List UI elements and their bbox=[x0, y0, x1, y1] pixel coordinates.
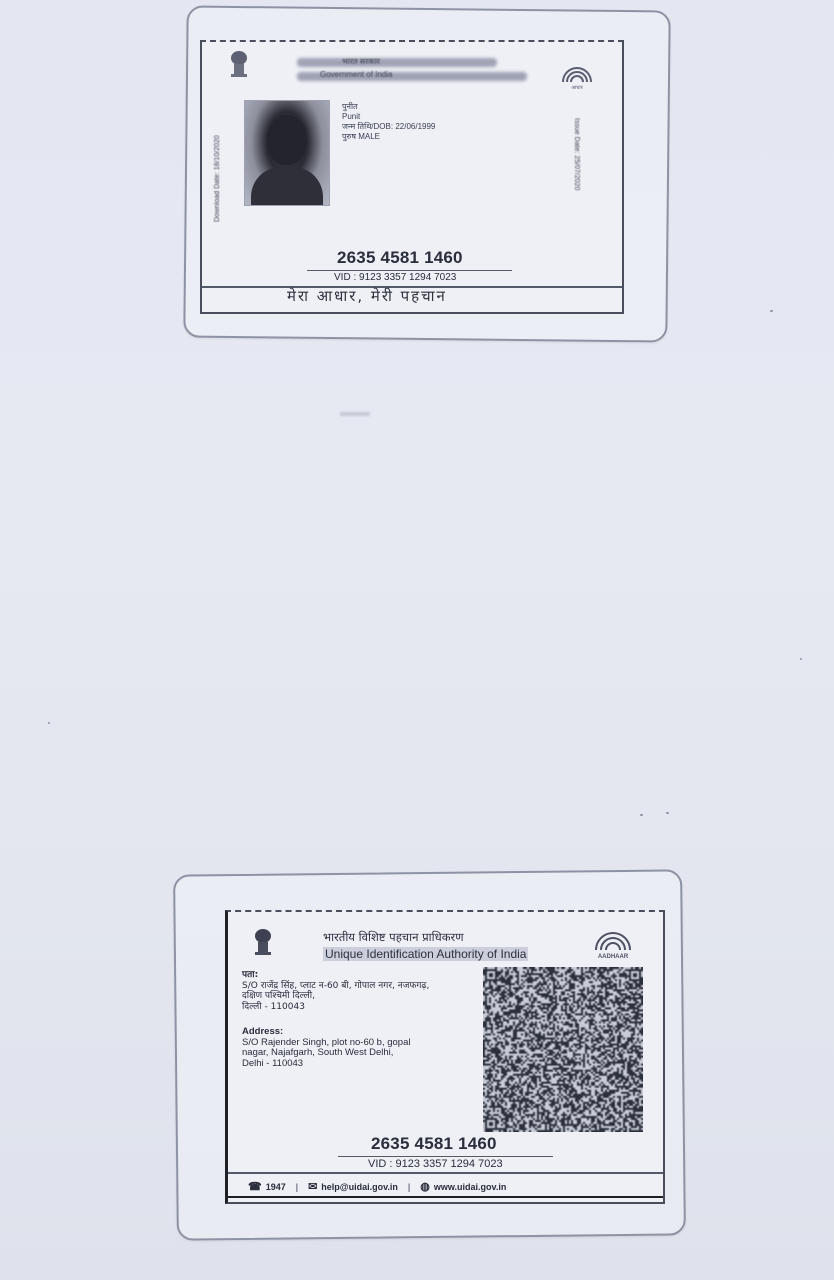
address-english: Address: S/O Rajender Singh, plot no-60 … bbox=[242, 1027, 410, 1069]
globe-icon: ◍ bbox=[420, 1180, 430, 1193]
tagline: मेरा आधार, मेरी पहचान bbox=[287, 286, 447, 306]
address-english-line: Delhi - 110043 bbox=[242, 1059, 410, 1070]
issue-date: Issue Date: 25/07/2020 bbox=[573, 118, 580, 190]
aadhaar-logo-icon: आधार bbox=[557, 60, 597, 90]
gender-row: पुरुष MALE bbox=[342, 132, 435, 142]
address-hindi: पता: S/O राजेंद्र सिंह, प्लाट न-60 बी, ग… bbox=[242, 970, 429, 1012]
separator: | bbox=[296, 1182, 298, 1192]
phone-number: 1947 bbox=[266, 1182, 286, 1192]
header-hindi: भारत सरकार bbox=[342, 56, 380, 67]
divider bbox=[228, 1196, 663, 1198]
aadhaar-front-card: भारत सरकार Government of India आधार Down… bbox=[200, 40, 624, 314]
paper-speck bbox=[666, 812, 669, 814]
header-english: Government of India bbox=[320, 70, 392, 79]
vid-number: VID : 9123 3357 1294 7023 bbox=[368, 1158, 503, 1170]
address-english-line: nagar, Najafgarh, South West Delhi, bbox=[242, 1048, 410, 1059]
separator: | bbox=[408, 1182, 410, 1192]
paper-speck bbox=[640, 814, 643, 816]
dob-value: 22/06/1999 bbox=[395, 122, 435, 131]
address-hindi-line: दिल्ली - 110043 bbox=[242, 1002, 429, 1013]
paper-speck bbox=[800, 658, 802, 660]
authority-english: Unique Identification Authority of India bbox=[323, 947, 528, 961]
mail-icon: ✉ bbox=[308, 1180, 317, 1193]
divider bbox=[228, 1172, 663, 1174]
dob-label: जन्म तिथि/DOB: bbox=[342, 122, 393, 131]
contact-footer: ☎1947 | ✉help@uidai.gov.in | ◍www.uidai.… bbox=[248, 1180, 651, 1193]
national-emblem-icon bbox=[252, 928, 274, 958]
header-redaction bbox=[297, 58, 497, 67]
website: www.uidai.gov.in bbox=[434, 1182, 507, 1192]
email-contact: ✉help@uidai.gov.in bbox=[308, 1180, 398, 1193]
paper-speck bbox=[770, 310, 773, 312]
address-label-hindi: पता: bbox=[242, 970, 429, 981]
divider bbox=[307, 270, 512, 271]
name-english: Punit bbox=[342, 112, 435, 122]
dob-row: जन्म तिथि/DOB: 22/06/1999 bbox=[342, 122, 435, 132]
name-hindi: पुनीत bbox=[342, 102, 435, 112]
web-contact: ◍www.uidai.gov.in bbox=[420, 1180, 506, 1193]
phone-contact: ☎1947 bbox=[248, 1180, 286, 1193]
aadhaar-number: 2635 4581 1460 bbox=[337, 248, 463, 268]
holder-photo bbox=[244, 100, 330, 206]
aadhaar-back-card: भारतीय विशिष्ट पहचान प्राधिकरण Unique Id… bbox=[225, 910, 665, 1204]
national-emblem-icon bbox=[228, 50, 250, 80]
holder-details: पुनीत Punit जन्म तिथि/DOB: 22/06/1999 पु… bbox=[342, 102, 435, 142]
gender-label: पुरुष bbox=[342, 132, 356, 141]
paper-speck bbox=[48, 722, 50, 724]
vid-number: VID : 9123 3357 1294 7023 bbox=[334, 272, 456, 283]
svg-text:आधार: आधार bbox=[571, 85, 583, 90]
aadhaar-number: 2635 4581 1460 bbox=[371, 1134, 497, 1154]
phone-icon: ☎ bbox=[248, 1180, 262, 1193]
address-hindi-line: दक्षिण पश्चिमी दिल्ली, bbox=[242, 991, 429, 1002]
aadhaar-logo-icon: AADHAAR bbox=[588, 926, 638, 960]
paper-smudge bbox=[340, 412, 370, 416]
authority-hindi: भारतीय विशिष्ट पहचान प्राधिकरण bbox=[323, 930, 464, 945]
qr-code bbox=[483, 967, 643, 1132]
address-hindi-line: S/O राजेंद्र सिंह, प्लाट न-60 बी, गोपाल … bbox=[242, 981, 429, 992]
address-label-english: Address: bbox=[242, 1027, 410, 1038]
email-address: help@uidai.gov.in bbox=[321, 1182, 398, 1192]
svg-text:AADHAAR: AADHAAR bbox=[598, 954, 629, 960]
download-date: Download Date: 18/10/2020 bbox=[214, 135, 221, 222]
gender-value: MALE bbox=[358, 132, 380, 141]
divider bbox=[338, 1156, 553, 1157]
